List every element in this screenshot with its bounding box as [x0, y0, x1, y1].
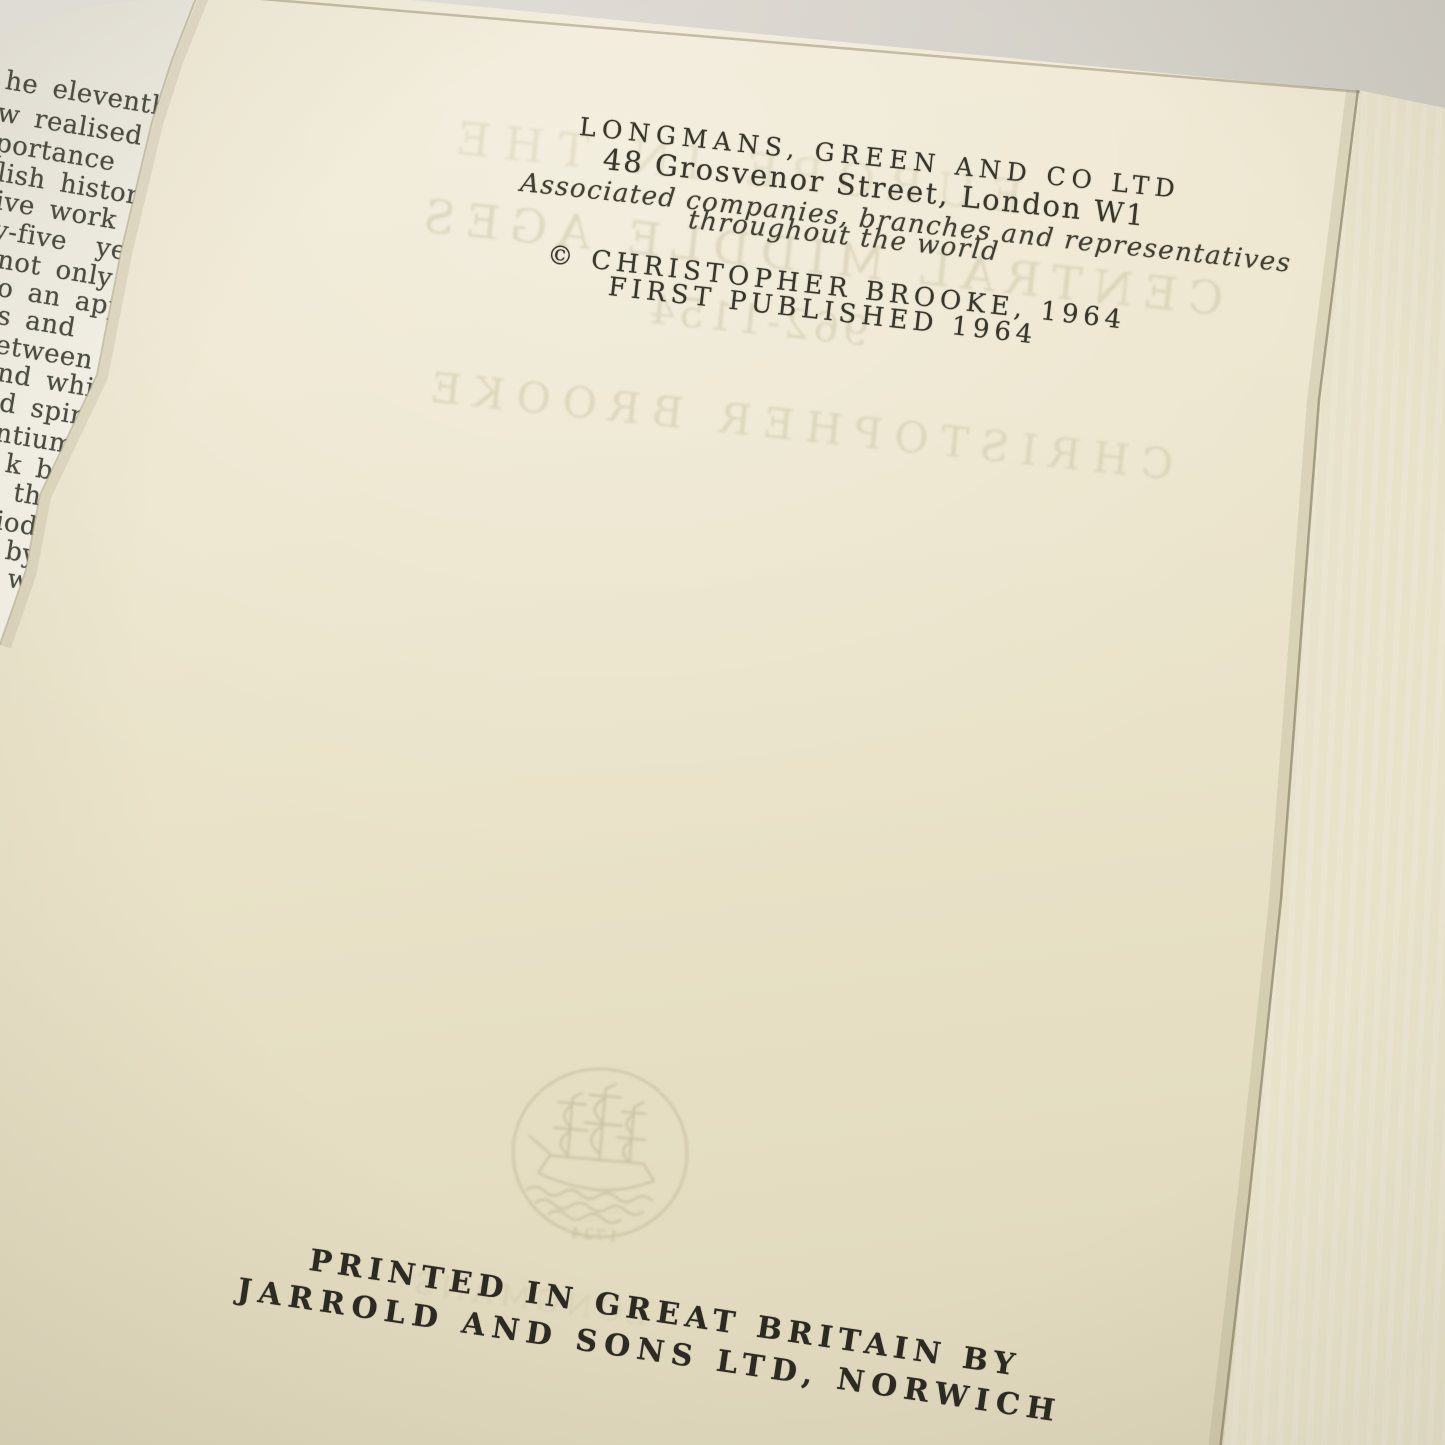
ship-engraving: 1724	[483, 1039, 719, 1269]
device-year: 1724	[567, 1223, 619, 1245]
longman-ship-device-icon: 1724	[483, 1039, 719, 1269]
show-through-author: CHRISTOPHER BROOKE	[434, 363, 1175, 489]
copyright-page: EUROPE IN THE CENTRAL MIDDLE AGES 962-11…	[0, 0, 1445, 1445]
book-photo: { "publisher_block": { "line1": "LONGMAN…	[0, 0, 1445, 1445]
photo-frame: he eleventh an w realised to l portance …	[0, 0, 1445, 1445]
